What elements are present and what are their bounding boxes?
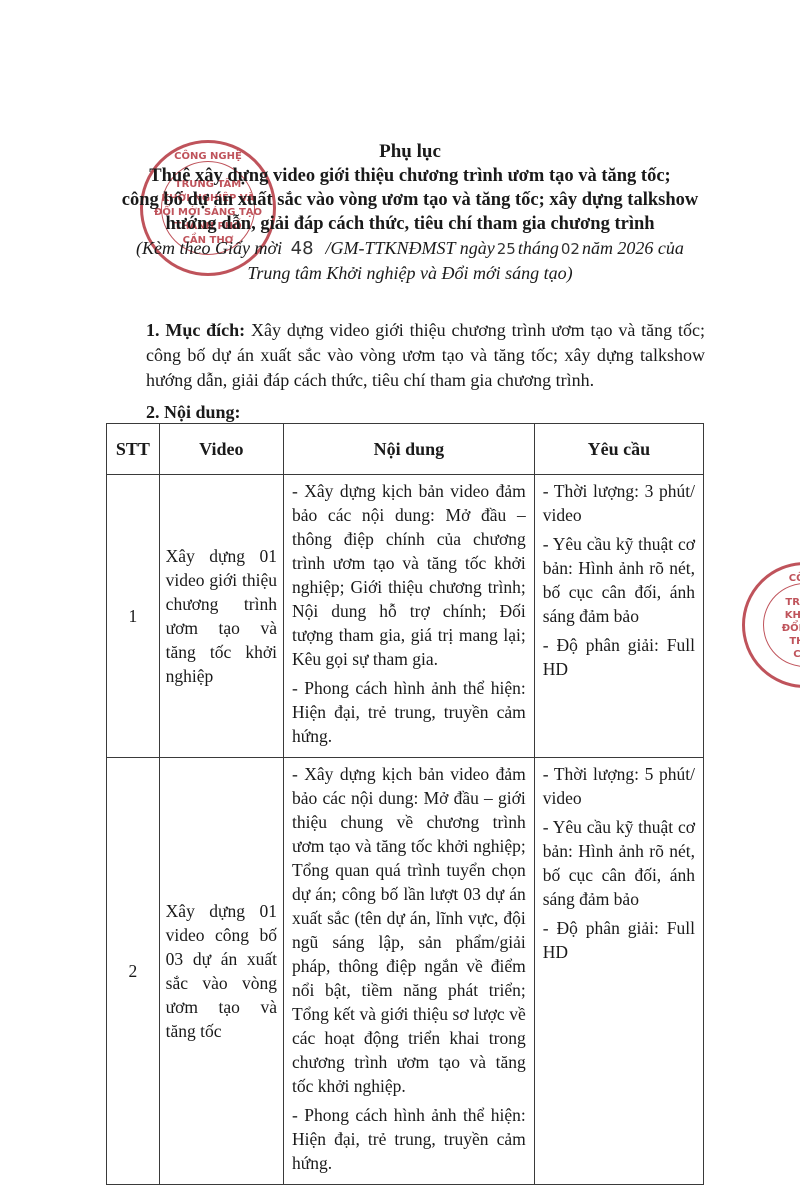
document-title-line: Thuê xây dựng video giới thiệu chương tr… [100, 164, 720, 188]
row-content: - Xây dựng kịch bản video đảm bảo các nộ… [283, 758, 534, 1185]
requirement-item: - Yêu cầu kỹ thuật cơ bản: Hình ảnh rõ n… [543, 532, 695, 628]
margin-seal-stamp: CÔNG TRUNG KHỞI N ĐỔI MỚI THÀN CẦN [742, 562, 800, 688]
seal-text: CÔNG [745, 573, 800, 585]
attachment-prefix: (Kèm theo Giấy mời [136, 238, 282, 258]
handwritten-day: 25 [495, 240, 518, 258]
requirement-item: - Thời lượng: 3 phút/ video [543, 479, 695, 527]
header-content: Nội dung [283, 424, 534, 475]
document-title-line: hướng dẫn, giải đáp cách thức, tiêu chí … [100, 212, 720, 236]
content-item: - Phong cách hình ảnh thể hiện: Hiện đại… [292, 676, 526, 748]
appendix-title: Phụ lục [100, 140, 720, 164]
attachment-code: /GM-TTKNĐMST ngày [326, 238, 495, 258]
row-video: Xây dựng 01 video giới thiệu chương trìn… [159, 475, 283, 758]
row-video: Xây dựng 01 video công bố 03 dự án xuất … [159, 758, 283, 1185]
seal-text: THÀN [745, 636, 800, 648]
row-content: - Xây dựng kịch bản video đảm bảo các nộ… [283, 475, 534, 758]
table-row: 1 Xây dựng 01 video giới thiệu chương tr… [107, 475, 704, 758]
section-purpose: 1. Mục đích: Xây dựng video giới thiệu c… [100, 318, 705, 393]
title-block: Phụ lục Thuê xây dựng video giới thiệu c… [100, 140, 720, 285]
document-page: CÔNG NGHỆ TRUNG TÂM KHỞI NGHIỆP VÀ ĐỔI M… [0, 0, 800, 1200]
seal-text: KHỞI N [745, 610, 800, 622]
section-content: 2. Nội dung: [100, 400, 705, 425]
attachment-reference: (Kèm theo Giấy mời 48/GM-TTKNĐMST ngày25… [100, 236, 720, 261]
purpose-label: 1. Mục đích: [146, 320, 245, 340]
document-title-line: công bố dự án xuất sắc vào vòng ươm tạo … [100, 188, 720, 212]
month-label: tháng [518, 238, 559, 258]
header-stt: STT [107, 424, 160, 475]
seal-text: ĐỔI MỚI [745, 623, 800, 635]
requirement-item: - Thời lượng: 5 phút/ video [543, 762, 695, 810]
row-requirements: - Thời lượng: 5 phút/ video - Yêu cầu kỹ… [534, 758, 703, 1185]
attachment-issuer: Trung tâm Khởi nghiệp và Đổi mới sáng tạ… [100, 261, 720, 285]
seal-text: CẦN [745, 649, 800, 661]
content-label: 2. Nội dung: [100, 400, 705, 425]
year-text: năm 2026 của [582, 238, 684, 258]
requirement-item: - Độ phân giải: Full HD [543, 916, 695, 964]
requirement-item: - Độ phân giải: Full HD [543, 633, 695, 681]
requirement-item: - Yêu cầu kỹ thuật cơ bản: Hình ảnh rõ n… [543, 815, 695, 911]
seal-text: TRUNG [745, 597, 800, 609]
header-video: Video [159, 424, 283, 475]
table-row: 2 Xây dựng 01 video công bố 03 dự án xuấ… [107, 758, 704, 1185]
row-requirements: - Thời lượng: 3 phút/ video - Yêu cầu kỹ… [534, 475, 703, 758]
purpose-paragraph: 1. Mục đích: Xây dựng video giới thiệu c… [100, 318, 705, 393]
handwritten-number: 48 [287, 238, 326, 259]
content-item: - Xây dựng kịch bản video đảm bảo các nộ… [292, 479, 526, 671]
requirements-table: STT Video Nội dung Yêu cầu 1 Xây dựng 01… [106, 423, 704, 1185]
row-stt: 2 [107, 758, 160, 1185]
content-item: - Xây dựng kịch bản video đảm bảo các nộ… [292, 762, 526, 1098]
header-requirements: Yêu cầu [534, 424, 703, 475]
row-stt: 1 [107, 475, 160, 758]
handwritten-month: 02 [559, 240, 582, 258]
table-header-row: STT Video Nội dung Yêu cầu [107, 424, 704, 475]
content-item: - Phong cách hình ảnh thể hiện: Hiện đại… [292, 1103, 526, 1175]
